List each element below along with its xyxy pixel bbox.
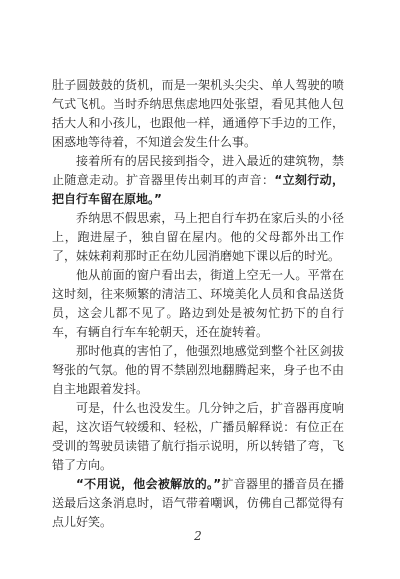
paragraph: 他从前面的窗户看出去，街道上空无一人。平常在这时刻，往来频繁的清洁工、环境美化人…: [52, 266, 344, 342]
text-segment: 乔纳思不假思索，马上把自行车扔在家后头的小径上，跑进屋子，独自留在屋内。他的父母…: [52, 211, 344, 263]
text-segment: 可是，什么也没发生。几分钟之后，扩音器再度响起，这次语气较缓和、轻松，广播员解释…: [52, 401, 344, 472]
paragraph: 可是，什么也没发生。几分钟之后，扩音器再度响起，这次语气较缓和、轻松，广播员解释…: [52, 399, 344, 475]
text-segment: 他从前面的窗户看出去，街道上空无一人。平常在这时刻，往来频繁的清洁工、环境美化人…: [52, 268, 344, 339]
book-page: 肚子圆鼓鼓的货机，而是一架机头尖尖、单人驾驶的喷气式飞机。当时乔纳思焦虑地四处张…: [0, 0, 400, 579]
emphasis-segment: “不用说，他会被解放的。”: [76, 477, 221, 491]
paragraph: 接着所有的居民接到指令，进入最近的建筑物，禁止随意走动。扩音器里传出刺耳的声音：…: [52, 152, 344, 209]
paragraph: 肚子圆鼓鼓的货机，而是一架机头尖尖、单人驾驶的喷气式飞机。当时乔纳思焦虑地四处张…: [52, 76, 344, 152]
paragraph: 那时他真的害怕了，他强烈地感觉到整个社区剑拔弩张的气氛。他的胃不禁剧烈地翻腾起来…: [52, 342, 344, 399]
text-block: 肚子圆鼓鼓的货机，而是一架机头尖尖、单人驾驶的喷气式飞机。当时乔纳思焦虑地四处张…: [52, 76, 344, 532]
text-segment: 肚子圆鼓鼓的货机，而是一架机头尖尖、单人驾驶的喷气式飞机。当时乔纳思焦虑地四处张…: [52, 78, 344, 149]
paragraph: 乔纳思不假思索，马上把自行车扔在家后头的小径上，跑进屋子，独自留在屋内。他的父母…: [52, 209, 344, 266]
text-segment: 那时他真的害怕了，他强烈地感觉到整个社区剑拔弩张的气氛。他的胃不禁剧烈地翻腾起来…: [52, 344, 344, 396]
paragraph: “不用说，他会被解放的。”扩音器里的播音员在播送最后这条消息时，语气带着嘲讽，仿…: [52, 475, 344, 532]
page-number: 2: [52, 529, 344, 543]
